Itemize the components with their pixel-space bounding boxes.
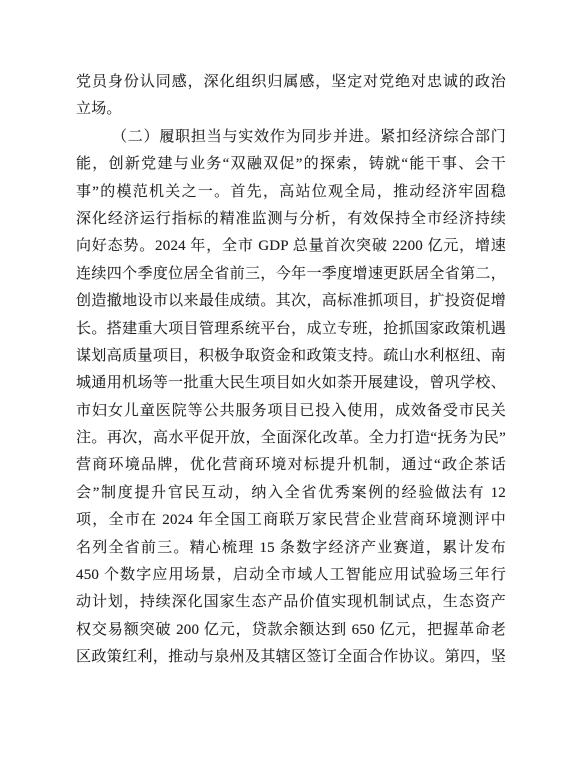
- text-line: 区政策红利，推动与泉州及其辖区签订全面合作协议。第四，坚: [76, 644, 506, 671]
- text-line: 450 个数字应用场景，启动全市域人工智能应用试验场三年行: [76, 562, 506, 589]
- text-line: 市妇女儿童医院等公共服务项目已投入使用，成效备受市民关: [76, 398, 506, 425]
- text-line: 立场。: [76, 96, 506, 123]
- text-line: 能，创新党建与业务“双融双促”的探索，铸就“能干事、会干: [76, 151, 506, 178]
- text-line: 营商环境品牌，优化营商环境对标提升机制，通过“政企茶话: [76, 452, 506, 479]
- text-line: 创造撤地设市以来最佳成绩。其次，高标准抓项目，扩投资促增: [76, 288, 506, 315]
- text-line: 城通用机场等一批重大民生项目如火如荼开展建设，曾巩学校、: [76, 370, 506, 397]
- text-line: 党员身份认同感，深化组织归属感，坚定对党绝对忠诚的政治: [76, 69, 506, 96]
- text-line: 注。再次，高水平促开放，全面深化改革。全力打造“抚务为民”: [76, 425, 506, 452]
- text-line: 长。搭建重大项目管理系统平台，成立专班，抢抓国家政策机遇: [76, 316, 506, 343]
- document-page: 党员身份认同感，深化组织归属感，坚定对党绝对忠诚的政治 立场。 （二）履职担当与…: [0, 0, 586, 759]
- text-line: 名列全省前三。精心梳理 15 条数字经济产业赛道，累计发布: [76, 535, 506, 562]
- text-line: 连续四个季度位居全省前三，今年一季度增速更跃居全省第二，: [76, 261, 506, 288]
- text-line: 动计划，持续深化国家生态产品价值实现机制试点，生态资产: [76, 589, 506, 616]
- text-line: （二）履职担当与实效作为同步并进。紧扣经济综合部门职: [76, 124, 506, 151]
- document-body: 党员身份认同感，深化组织归属感，坚定对党绝对忠诚的政治 立场。 （二）履职担当与…: [76, 69, 506, 672]
- text-line: 项，全市在 2024 年全国工商联万家民营企业营商环境测评中: [76, 507, 506, 534]
- text-line: 谋划高质量项目，积极争取资金和政策支持。疏山水利枢纽、南: [76, 343, 506, 370]
- text-line: 会”制度提升官民互动，纳入全省优秀案例的经验做法有 12: [76, 480, 506, 507]
- text-line: 深化经济运行指标的精准监测与分析，有效保持全市经济持续: [76, 206, 506, 233]
- text-line: 事”的模范机关之一。首先，高站位观全局，推动经济牢固稳进。: [76, 179, 506, 206]
- paragraph-section-two: （二）履职担当与实效作为同步并进。紧扣经济综合部门职 能，创新党建与业务“双融双…: [76, 124, 506, 672]
- text-line: 权交易额突破 200 亿元，贷款余额达到 650 亿元，把握革命老: [76, 617, 506, 644]
- paragraph-continuation: 党员身份认同感，深化组织归属感，坚定对党绝对忠诚的政治 立场。: [76, 69, 506, 124]
- text-line: 向好态势。2024 年，全市 GDP 总量首次突破 2200 亿元，增速: [76, 233, 506, 260]
